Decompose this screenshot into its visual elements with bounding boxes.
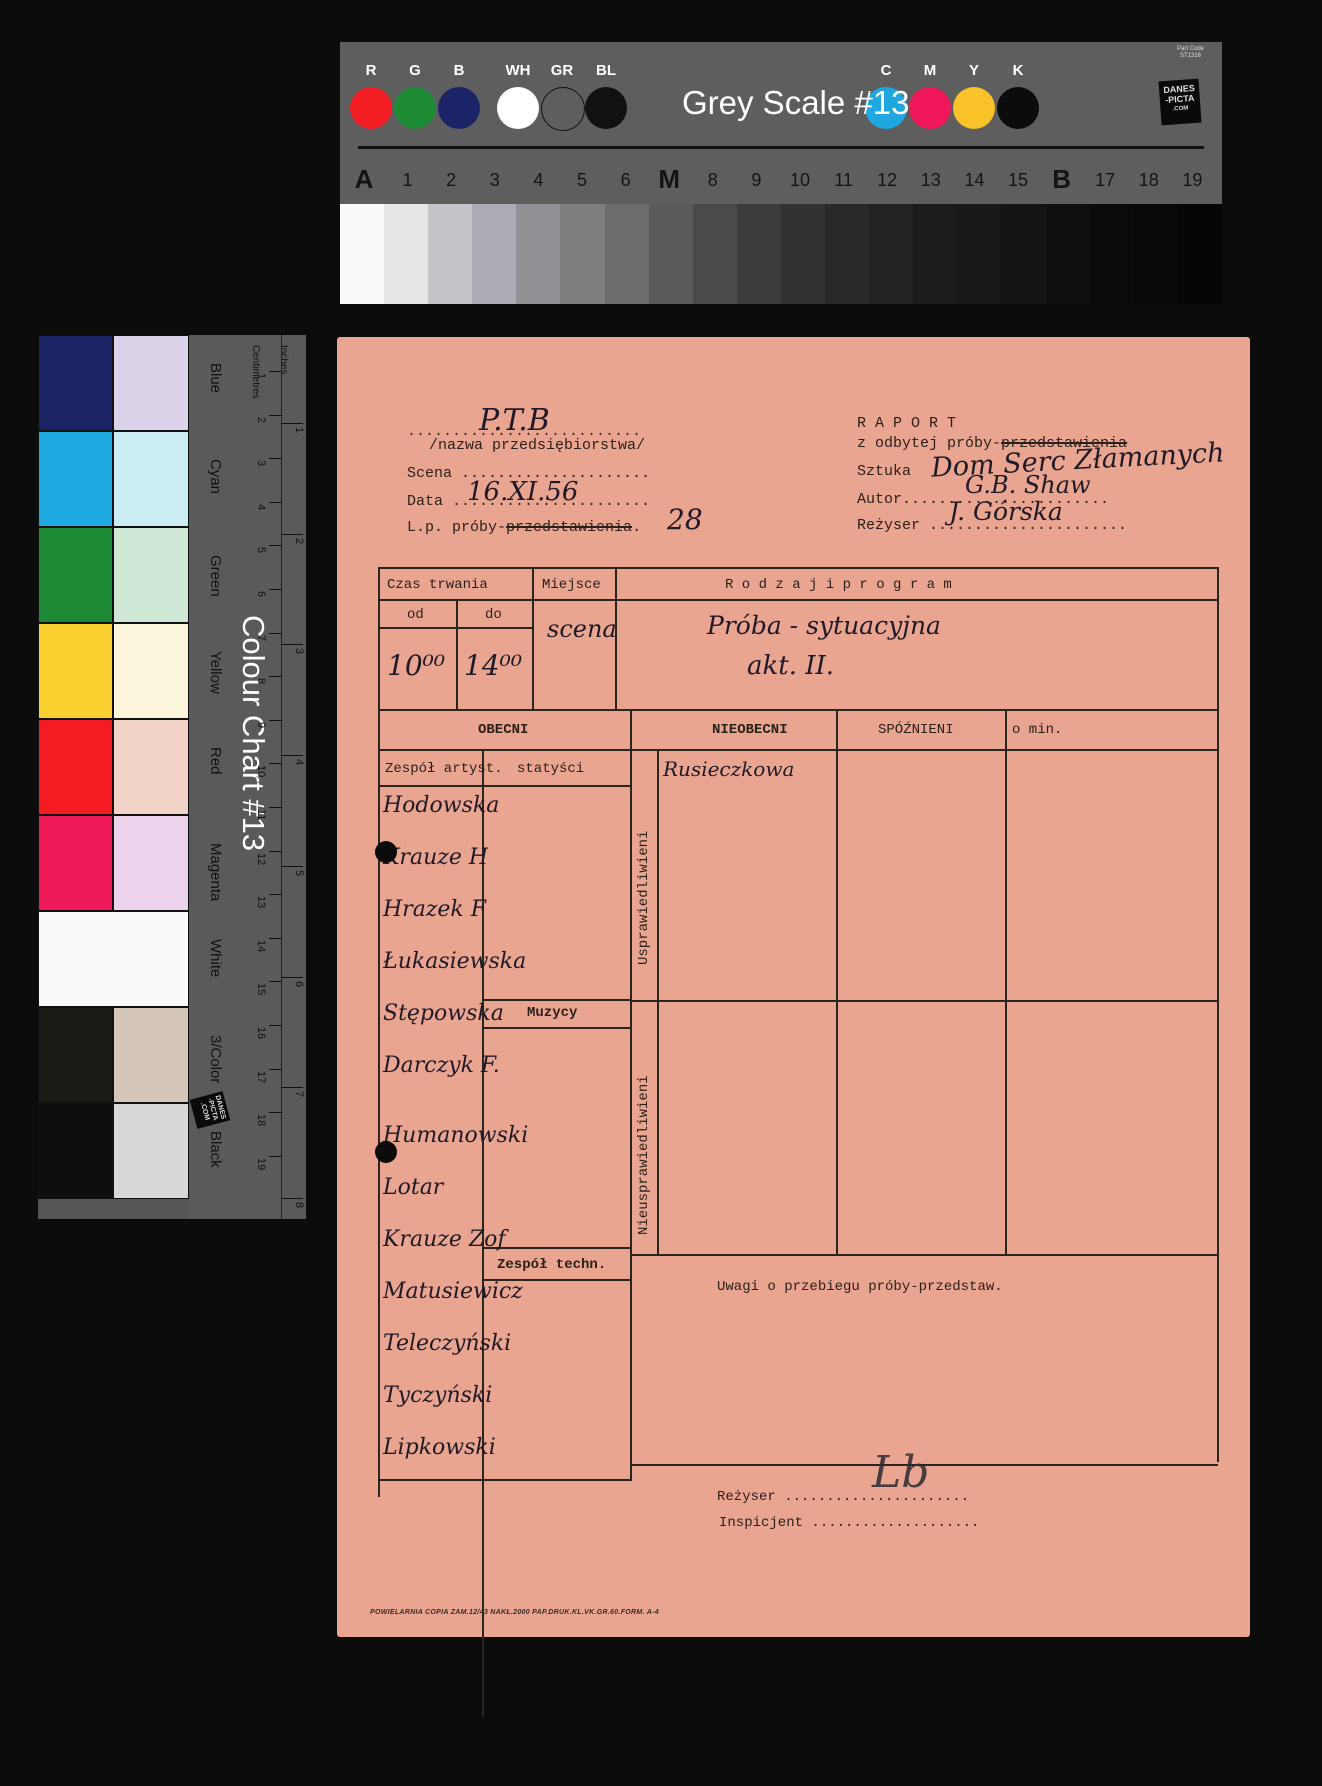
grey-step xyxy=(516,204,560,304)
inch-mark: 5 xyxy=(293,870,305,876)
patch-label: M xyxy=(905,62,955,79)
color-patch-g xyxy=(394,87,436,129)
swatch-magenta-light xyxy=(113,815,189,911)
cm-tick xyxy=(269,763,281,764)
sztuka-label: Sztuka xyxy=(857,463,911,480)
od-header: od xyxy=(407,607,424,623)
o-min-header: o min. xyxy=(1012,722,1062,738)
inch-tick xyxy=(281,977,303,978)
spoznieni-header: SPÓŹNIENI xyxy=(878,722,954,738)
sign-rezyser: Reżyser ...................... xyxy=(717,1489,969,1505)
col-obecni-divider xyxy=(630,709,632,1319)
artist-name: Humanowski xyxy=(383,1123,528,1148)
scale-label: 3 xyxy=(475,170,515,191)
danes-picta-logo-small: DANES -PICTA .COM xyxy=(190,1091,231,1129)
divider xyxy=(358,146,1204,149)
cm-tick xyxy=(269,415,281,416)
table-border-top xyxy=(378,567,1218,569)
swatch-name: 3/Color xyxy=(207,1035,224,1083)
cm-tick xyxy=(269,851,281,852)
cm-mark: 2 xyxy=(255,417,267,423)
statysci-header: statyści xyxy=(517,761,584,777)
nieobecni-header: NIEOBECNI xyxy=(712,722,788,738)
swatch-name: White xyxy=(207,939,224,977)
table-border-right xyxy=(1217,567,1219,1462)
swatch-black-dark xyxy=(38,1103,113,1199)
grey-step xyxy=(1046,204,1090,304)
rodzaj-header: R o d z a j i p r o g r a m xyxy=(725,577,952,593)
scale-label: A xyxy=(344,164,384,195)
czas-trwania-header: Czas trwania xyxy=(387,577,488,593)
table-border-left xyxy=(378,567,380,1497)
obecni-header: OBECNI xyxy=(478,722,528,738)
inch-mark: 2 xyxy=(293,538,305,544)
inch-mark: 3 xyxy=(293,648,305,654)
patch-label: B xyxy=(434,62,484,79)
grey-step xyxy=(825,204,869,304)
inch-mark: 1 xyxy=(293,427,305,433)
inch-tick xyxy=(281,534,303,535)
grey-step xyxy=(649,204,693,304)
cm-mark: 10 xyxy=(255,765,267,777)
scale-label: 2 xyxy=(431,170,471,191)
grey-step xyxy=(560,204,604,304)
scale-label: 18 xyxy=(1129,170,1169,191)
col-miejsce xyxy=(532,567,534,709)
cm-mark: 15 xyxy=(255,983,267,995)
scale-label: 6 xyxy=(606,170,646,191)
sign-inspicjent: Inspicjent .................... xyxy=(719,1515,979,1531)
uwagi-label: Uwagi o przebiegu próby-przedstaw. xyxy=(717,1279,1003,1295)
scale-label: 9 xyxy=(736,170,776,191)
rezyser-value: J. Górska xyxy=(949,497,1063,526)
artist-name: Hrazek F xyxy=(383,897,486,922)
grey-scale-title: Grey Scale #13 xyxy=(682,84,909,122)
cm-mark: 17 xyxy=(255,1071,267,1083)
danes-picta-logo: DANES -PICTA .COM xyxy=(1159,79,1202,126)
swatch-name: Blue xyxy=(207,363,224,393)
colour-chart-card: Inches Centimetres Colour Chart #13 Blue… xyxy=(38,335,306,1219)
artist-name: Tyczyński xyxy=(383,1383,492,1408)
swatch-name: Yellow xyxy=(207,651,224,694)
grey-steps xyxy=(340,204,1222,304)
ruler-strip: Inches Centimetres Colour Chart #13 Blue… xyxy=(189,335,306,1219)
cm-mark: 19 xyxy=(255,1158,267,1170)
cm-tick xyxy=(269,633,281,634)
punch-hole xyxy=(375,1141,397,1163)
inch-tick xyxy=(281,644,303,645)
artist-name: Teleczyński xyxy=(383,1331,511,1356)
data-value: 16.XI.56 xyxy=(467,477,578,507)
grey-step xyxy=(1001,204,1045,304)
punch-hole xyxy=(375,841,397,863)
cm-tick xyxy=(269,545,281,546)
scale-label: 17 xyxy=(1085,170,1125,191)
grey-step xyxy=(428,204,472,304)
cm-tick xyxy=(269,894,281,895)
row-line-muzycy-top xyxy=(482,999,630,1001)
cm-tick xyxy=(269,676,281,677)
artist-name: Krauze Zof xyxy=(383,1227,506,1252)
cm-tick xyxy=(269,458,281,459)
print-footer: POWIELARNIA COPIA ZAM.12/43 NAKŁ.2000 PA… xyxy=(370,1609,659,1616)
rodzaj-value-1: Próba - sytuacyjna xyxy=(707,611,941,640)
scale-label: 5 xyxy=(562,170,602,191)
grey-scale-card: Part Code ST1316 RGBWHGRBLCMYK Grey Scal… xyxy=(340,42,1222,304)
row-line-1 xyxy=(378,599,1218,601)
do-header: do xyxy=(485,607,502,623)
swatch-name: Black xyxy=(207,1131,224,1168)
color-patch-b xyxy=(438,87,480,129)
swatch-cyan-dark xyxy=(38,431,113,527)
swatch-magenta-dark xyxy=(38,815,113,911)
swatch-white xyxy=(38,911,189,1007)
cm-tick xyxy=(269,1112,281,1113)
grey-step xyxy=(1090,204,1134,304)
cm-mark: 11 xyxy=(255,809,267,820)
swatch-name: Green xyxy=(207,555,224,597)
grey-step xyxy=(737,204,781,304)
cm-mark: 14 xyxy=(255,940,267,952)
grey-step xyxy=(913,204,957,304)
cm-mark: 4 xyxy=(255,504,267,510)
patch-label: K xyxy=(993,62,1043,79)
lp-row: L.p. próby-przedstawienia. xyxy=(407,519,641,536)
cm-tick xyxy=(269,589,281,590)
swatch-name: Red xyxy=(207,747,224,775)
color-patch-wh xyxy=(497,87,539,129)
inch-mark: 7 xyxy=(293,1091,305,1097)
swatch-name: Magenta xyxy=(207,843,224,901)
row-line-2 xyxy=(378,709,1218,711)
patch-label: G xyxy=(390,62,440,79)
swatch-green-light xyxy=(113,527,189,623)
cm-tick xyxy=(269,720,281,721)
company-label: /nazwa przedsiębiorstwa/ xyxy=(429,437,645,454)
cm-tick xyxy=(269,1156,281,1157)
scale-label: B xyxy=(1042,164,1082,195)
cm-mark: 16 xyxy=(255,1027,267,1039)
color-patch-m xyxy=(909,87,951,129)
inch-tick xyxy=(281,1087,303,1088)
scale-label: 8 xyxy=(693,170,733,191)
scale-label: 13 xyxy=(911,170,951,191)
cm-mark: 3 xyxy=(255,460,267,466)
row-line-zespol xyxy=(378,785,630,787)
autor-value: G.B. Shaw xyxy=(965,471,1091,499)
centimetres-label: Centimetres xyxy=(250,345,261,399)
scale-label: 15 xyxy=(998,170,1038,191)
scale-label: 19 xyxy=(1172,170,1212,191)
swatch-3-color-light xyxy=(113,1007,189,1103)
cm-tick xyxy=(269,938,281,939)
swatch-red-light xyxy=(113,719,189,815)
scale-label: 10 xyxy=(780,170,820,191)
color-patch-gr xyxy=(541,87,585,131)
cm-tick xyxy=(269,502,281,503)
miejsce-value: scena xyxy=(547,615,617,643)
cm-tick xyxy=(269,1069,281,1070)
grey-step xyxy=(869,204,913,304)
artist-name: Darczyk F. xyxy=(383,1053,500,1078)
scale-label: 4 xyxy=(518,170,558,191)
grey-step xyxy=(781,204,825,304)
raport-title: R A P O R T xyxy=(857,415,956,432)
swatch-yellow-dark xyxy=(38,623,113,719)
zespol-artyst-header: Zespół artyst. xyxy=(385,761,503,777)
row-line-uwagi-top xyxy=(630,1254,1218,1256)
color-patch-k xyxy=(997,87,1039,129)
cm-mark: 6 xyxy=(255,591,267,597)
inch-tick xyxy=(281,1198,303,1199)
artist-name: Stępowska xyxy=(383,1001,504,1026)
cm-mark: 8 xyxy=(255,678,267,684)
grey-step xyxy=(1178,204,1222,304)
row-line-3 xyxy=(378,749,1218,751)
patch-label: BL xyxy=(581,62,631,79)
inch-mark: 4 xyxy=(293,759,305,765)
inch-tick xyxy=(281,866,303,867)
artist-name: Matusiewicz xyxy=(383,1279,523,1304)
artist-name: Lipkowski xyxy=(383,1435,496,1460)
swatch-black-light xyxy=(113,1103,189,1199)
nieusprawiedliwieni-label: Nieusprawiedliwieni xyxy=(636,1075,652,1235)
artist-name: Hodowska xyxy=(383,793,499,818)
grey-step xyxy=(1134,204,1178,304)
rehearsal-report-form: P.T.B .......................... /nazwa … xyxy=(337,337,1250,1637)
swatch-3-color-dark xyxy=(38,1007,113,1103)
artist-name: Lotar xyxy=(383,1175,443,1200)
cm-tick xyxy=(269,1025,281,1026)
row-line-muzycy-bottom xyxy=(482,1027,630,1029)
row-line-nieuspraw xyxy=(630,1000,1218,1002)
table-border-bottom-left xyxy=(378,1479,632,1481)
absent-excused-name: Rusieczkowa xyxy=(663,757,794,781)
cm-mark: 18 xyxy=(255,1114,267,1126)
scale-label: 12 xyxy=(867,170,907,191)
grey-step xyxy=(472,204,516,304)
grey-step xyxy=(340,204,384,304)
scale-label: 14 xyxy=(954,170,994,191)
swatch-blue-dark xyxy=(38,335,113,431)
scale-label: 11 xyxy=(824,170,864,191)
signature: Lb xyxy=(872,1447,929,1498)
grey-step xyxy=(693,204,737,304)
swatch-red-dark xyxy=(38,719,113,815)
swatch-blue-light xyxy=(113,335,189,431)
inch-mark: 8 xyxy=(293,1202,305,1208)
inch-mark: 6 xyxy=(293,981,305,987)
rodzaj-value-2: akt. II. xyxy=(747,651,834,681)
artist-name: Krauze H xyxy=(383,845,488,870)
color-patch-y xyxy=(953,87,995,129)
col-od-do xyxy=(456,599,458,709)
inch-tick xyxy=(281,423,303,424)
col-spoznieni xyxy=(836,709,838,1254)
muzycy-header: Muzycy xyxy=(527,1005,577,1021)
do-value: 14⁰⁰ xyxy=(464,649,522,682)
patch-label: GR xyxy=(537,62,587,79)
col-o-min xyxy=(1005,709,1007,1254)
color-patch-r xyxy=(350,87,392,129)
cm-mark: 1 xyxy=(255,373,267,379)
part-code: Part Code ST1316 xyxy=(1177,46,1204,60)
cm-tick xyxy=(269,371,281,372)
color-patch-bl xyxy=(585,87,627,129)
scale-label: 1 xyxy=(388,170,428,191)
patch-label: R xyxy=(346,62,396,79)
swatch-green-dark xyxy=(38,527,113,623)
cm-tick xyxy=(269,807,281,808)
cm-mark: 5 xyxy=(255,547,267,553)
grey-step xyxy=(605,204,649,304)
swatch-cyan-light xyxy=(113,431,189,527)
inch-tick xyxy=(281,755,303,756)
cm-mark: 7 xyxy=(255,635,267,641)
scale-label: M xyxy=(649,164,689,195)
cm-mark: 9 xyxy=(255,722,267,728)
cm-mark: 13 xyxy=(255,896,267,908)
patch-label: Y xyxy=(949,62,999,79)
cm-tick xyxy=(269,981,281,982)
swatch-yellow-light xyxy=(113,623,189,719)
patch-label: C xyxy=(861,62,911,79)
lp-value: 28 xyxy=(667,503,703,536)
row-line-od-do xyxy=(378,627,532,629)
usprawiedliwieni-label: Usprawiedliwieni xyxy=(636,831,652,965)
artist-name: Łukasiewska xyxy=(383,949,526,974)
cm-mark: 12 xyxy=(255,853,267,865)
patch-label: WH xyxy=(493,62,543,79)
miejsce-header: Miejsce xyxy=(542,577,601,593)
od-value: 10⁰⁰ xyxy=(387,649,445,682)
grey-step xyxy=(384,204,428,304)
swatch-name: Cyan xyxy=(207,459,224,494)
zespol-techn-header: Zespół techn. xyxy=(497,1257,606,1273)
col-uwagi-left xyxy=(630,1254,632,1481)
grey-step xyxy=(957,204,1001,304)
